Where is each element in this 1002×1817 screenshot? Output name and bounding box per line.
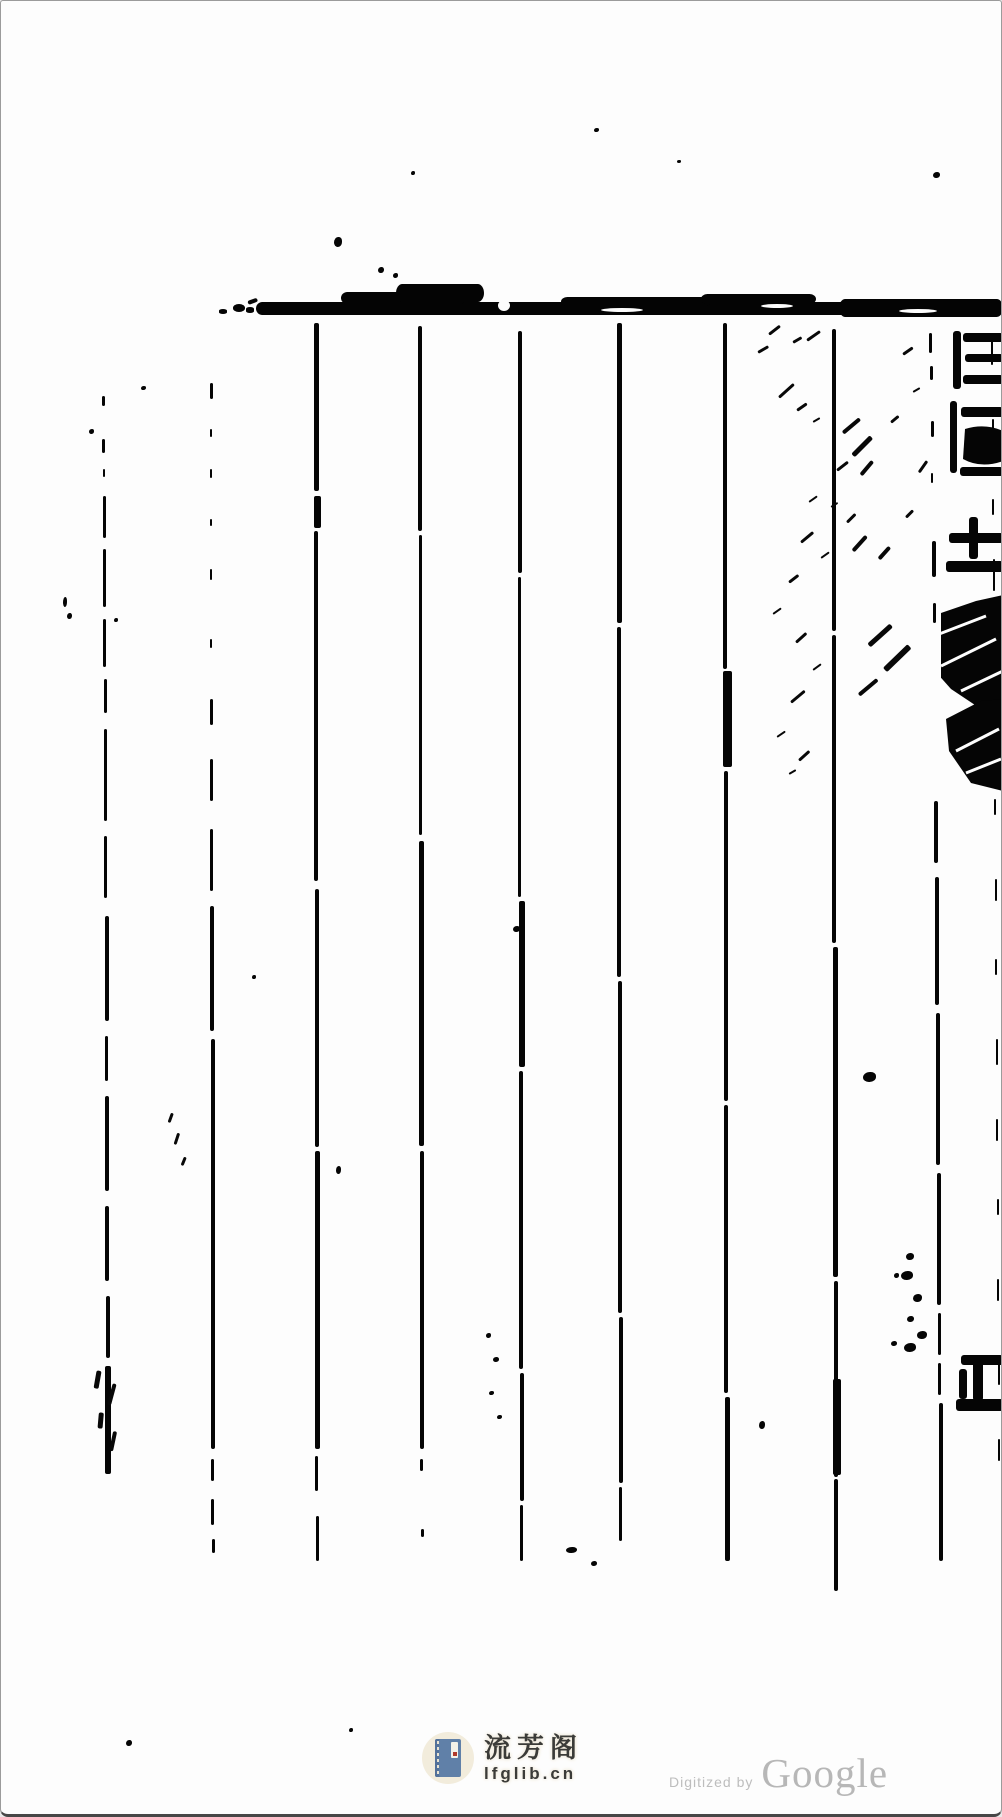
column-rule-segment [316,1516,319,1561]
stitched-book-icon [435,1739,461,1777]
ink-scratch [867,624,893,648]
column-rule-segment [211,1499,214,1525]
column-rule-segment [619,1317,623,1483]
column-rule-segment [210,519,212,526]
column-rule-segment [519,901,525,1067]
ink-scratch [836,461,849,472]
ink-scratch [98,1412,104,1428]
column-rule-segment [104,679,107,713]
column-rule-segment [210,469,212,478]
column-rule-segment [105,916,109,1021]
ink-speck [126,1740,132,1746]
column-rule-segment [931,473,933,483]
column-rule-segment [102,439,105,453]
digitized-by-label: Digitized by [669,1774,753,1790]
column-rule-segment [210,383,213,399]
column-rule-segment [210,429,212,437]
top-frame-bar-segment [839,299,1002,317]
column-rule-segment [832,329,836,631]
ink-speck [913,1294,922,1302]
ink-scratch [174,1133,181,1145]
column-rule-segment [724,1105,728,1393]
column-rule-segment [938,1313,941,1355]
column-rule-segment [211,1459,214,1481]
column-rule-segment [210,829,213,891]
column-rule-segment [995,959,997,975]
column-rule-segment [833,1379,841,1475]
ink-speck [393,273,398,278]
ink-scratch [790,690,806,704]
column-rule-segment [104,729,107,821]
column-rule-segment [210,639,212,648]
ink-speck [677,160,681,163]
column-rule-segment [105,1366,111,1474]
column-rule-segment [420,1151,424,1449]
column-rule-segment [935,877,939,1005]
column-rule-segment [315,1151,320,1449]
top-frame-bar-segment [233,304,245,312]
column-rule-segment [995,879,997,901]
column-rule-segment [103,549,106,607]
column-rule-segment [617,627,621,977]
column-rule-segment [936,1013,940,1165]
column-rule-segment [934,801,938,863]
ink-speck [904,1343,916,1352]
column-rule-segment [994,799,996,815]
column-rule-segment [723,671,732,767]
column-rule-segment [996,1039,998,1065]
ink-scratch [858,678,879,696]
ink-speck [114,618,118,622]
column-rule-segment [314,531,318,881]
column-rule-segment [996,1119,998,1141]
ink-scratch [813,417,821,423]
ink-speck [917,1331,927,1339]
book-badge-icon [422,1732,474,1784]
column-rule-segment [104,836,107,898]
ink-scratch [842,417,861,434]
column-rule-segment [997,1279,999,1301]
ink-speck [933,172,940,178]
ink-speck [907,1316,914,1322]
page-number-ink [949,1349,1002,1417]
column-rule-segment [210,759,213,801]
column-rule-segment [105,1036,108,1081]
column-rule-segment [520,1505,523,1561]
column-rule-segment [103,469,105,477]
ink-scratch [878,546,892,561]
ink-scratch [808,495,817,502]
ink-scratch [913,387,921,393]
ink-scratch [181,1157,187,1166]
column-rule-segment [617,323,622,623]
column-rule-segment [105,1206,109,1281]
ink-scratch [820,551,829,558]
column-rule-segment [103,496,106,538]
ink-speck [497,1415,502,1419]
column-rule-segment [419,841,424,1146]
watermark-site-domain: lfglib.cn [484,1765,583,1782]
column-rule-segment [519,1071,523,1369]
top-frame-bar-segment [561,297,711,306]
ink-scratch [800,531,814,544]
ink-speck [378,267,384,273]
column-rule-segment [997,1199,999,1215]
ink-scratch [776,731,785,738]
ink-speck [489,1391,494,1395]
ink-speck [493,1357,499,1362]
ink-scratch [778,383,795,399]
ink-scratch [798,750,810,762]
ink-speck [566,1547,577,1553]
top-frame-bar-gap [899,309,937,313]
column-rule-segment [938,1363,941,1395]
column-rule-segment [518,331,522,573]
ink-scratch [902,346,914,355]
ink-speck [513,926,520,932]
column-rule-segment [315,1456,318,1491]
ink-scratch [890,415,900,424]
ink-scratch [772,607,781,614]
ink-speck [891,1341,897,1346]
column-rule-segment [210,906,214,1031]
ink-scratch [812,663,821,670]
ink-scratch [757,345,769,354]
ink-speck [89,429,94,434]
ink-scratch [788,574,799,584]
ink-speck [894,1273,899,1278]
column-rule-segment [933,603,936,623]
column-rule-segment [210,569,212,580]
ink-speck [334,237,342,247]
ink-scratch [168,1113,174,1123]
column-rule-segment [832,635,836,943]
column-rule-segment [105,1096,109,1191]
ink-speck [141,386,146,390]
ink-speck [252,975,256,979]
column-rule-segment [106,1296,110,1358]
column-rule-segment [833,947,838,1277]
column-rule-segment [421,1529,424,1537]
ink-speck [486,1333,491,1338]
ink-scratch [918,460,928,473]
ink-speck [594,128,599,132]
ink-scratch [792,336,802,344]
ink-scratch [859,460,874,476]
column-rule-segment [618,981,622,1313]
column-rule-segment [211,1039,215,1449]
ink-scratch [905,509,914,518]
top-frame-bar-gap [498,300,510,311]
column-rule-segment [315,889,319,1147]
ink-speck [349,1728,353,1732]
ink-scratch [852,535,868,553]
ink-scratch [846,513,857,524]
column-rule-segment [929,333,932,353]
ink-speck [336,1166,341,1174]
ink-scratch [806,330,821,342]
ink-scratch [796,402,808,411]
column-rule-segment [619,1487,622,1541]
column-rule-segment [518,577,521,897]
ink-scratch [768,325,781,336]
column-rule-segment [314,496,321,528]
ink-speck [901,1271,913,1280]
column-rule-segment [212,1539,215,1553]
ink-speck [411,171,415,175]
ink-speck [906,1253,914,1260]
right-margin-title-ink [941,321,1002,801]
ink-scratch [795,632,807,644]
ink-speck [591,1561,597,1566]
top-frame-bar-segment [396,284,484,302]
digitized-by-google-mark: Digitized by Google [669,1749,888,1797]
ink-speck [759,1421,765,1429]
column-rule-segment [418,326,422,531]
column-rule-segment [314,323,319,491]
top-frame-bar-segment [701,294,816,304]
column-rule-segment [834,1479,838,1591]
ink-speck [863,1072,876,1082]
column-rule-segment [931,421,934,437]
column-rule-segment [723,323,727,669]
column-rule-segment [420,1459,423,1471]
scan-ink-layer [1,1,1001,1814]
column-rule-segment [210,699,213,725]
ink-scratch [789,769,797,775]
column-rule-segment [725,1397,730,1561]
column-rule-segment [103,619,106,667]
column-rule-segment [932,541,936,577]
column-rule-segment [724,771,728,1101]
top-frame-bar-gap [761,304,793,308]
top-frame-bar-segment [246,307,254,313]
lfglib-watermark: 流芳阁 lfglib.cn [422,1732,583,1784]
column-rule-segment [102,396,105,406]
ink-scratch [94,1370,102,1389]
column-rule-segment [998,1439,1000,1461]
ink-speck [63,597,67,607]
watermark-site-name: 流芳阁 [484,1735,583,1762]
column-rule-segment [520,1373,524,1501]
top-frame-bar-segment [219,309,227,314]
ink-speck [67,613,72,619]
column-rule-segment [937,1173,941,1305]
ink-scratch [851,435,873,457]
column-rule-segment [419,535,422,835]
column-rule-segment [939,1403,943,1561]
ink-scratch [883,644,912,672]
column-rule-segment [930,366,933,380]
scanned-book-page: 流芳阁 lfglib.cn Digitized by Google [0,0,1002,1817]
top-frame-bar-gap [601,308,643,312]
google-logo: Google [761,1749,888,1797]
